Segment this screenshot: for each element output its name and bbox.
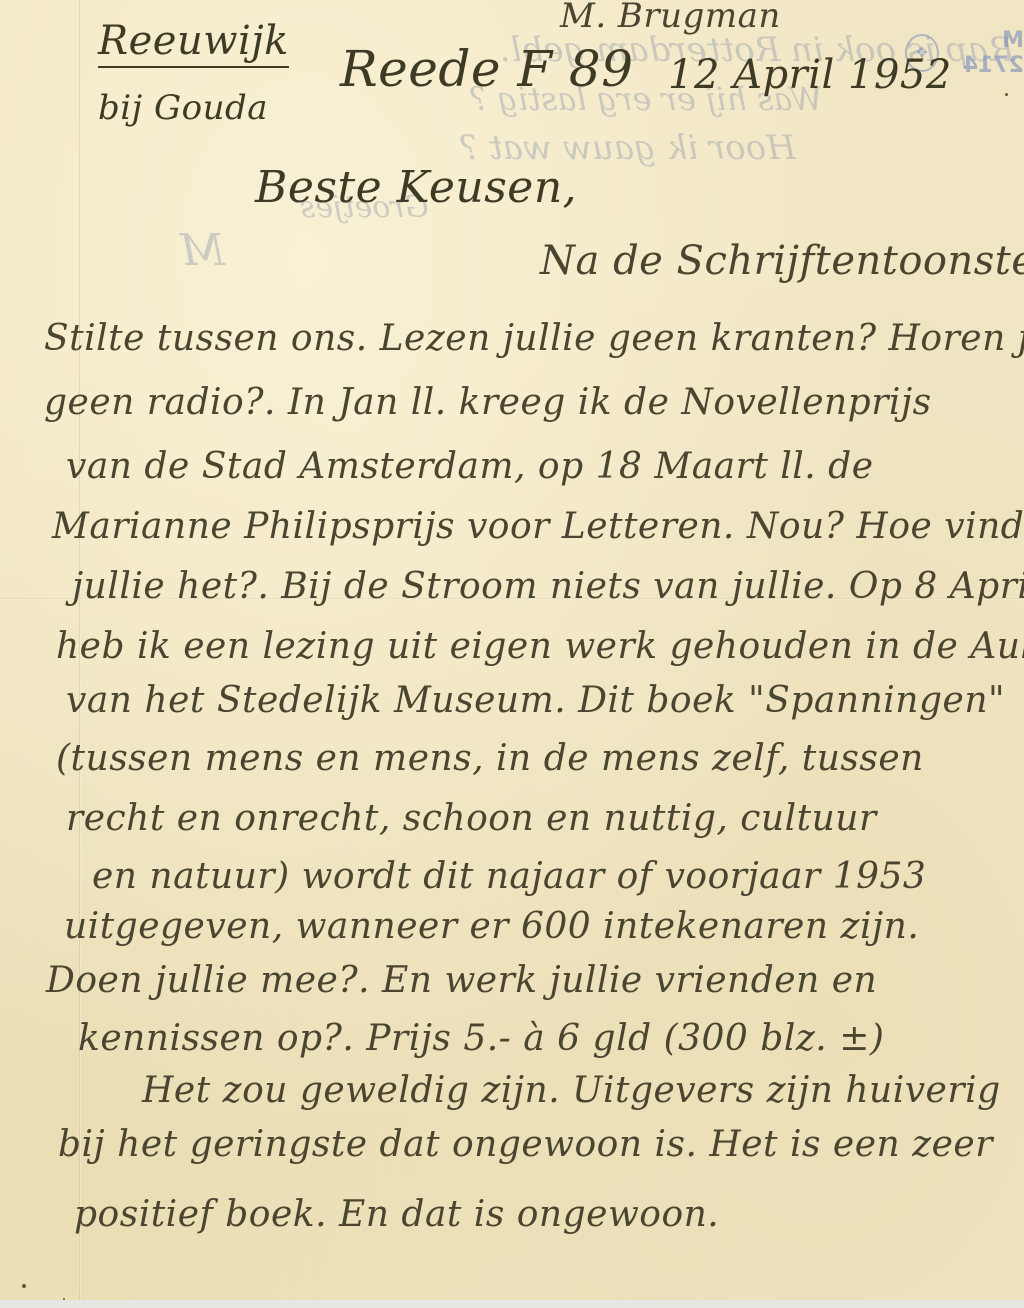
body-line: Stilte tussen ons. Lezen jullie geen kra…	[44, 318, 1024, 359]
body-line: en natuur) wordt dit najaar of voorjaar …	[92, 856, 926, 897]
body-line: van de Stad Amsterdam, op 18 Maart ll. d…	[66, 446, 874, 487]
body-line: Na de Schrijftentoonstelling	[540, 238, 1024, 284]
sender-name: M. Brugman	[560, 0, 781, 36]
body-line: Marianne Philipsprijs voor Letteren. Nou…	[52, 506, 1024, 547]
body-line: recht en onrecht, schoon en nuttig, cult…	[66, 798, 877, 839]
street-address: Reede F 89	[340, 40, 634, 98]
salutation: Beste Keusen,	[255, 162, 577, 213]
body-line: geen radio?. In Jan ll. kreeg ik de Nove…	[44, 382, 932, 423]
place-subtitle: bij Gouda	[98, 88, 268, 128]
body-line: uitgegeven, wanneer er 600 intekenaren z…	[64, 906, 919, 947]
bleed-through-line: M	[180, 225, 225, 276]
place-text: Reeuwijk	[98, 18, 289, 68]
paper-speck	[1005, 93, 1008, 96]
letter-page: Rap is ook in Rotterdam gebl. Was hij er…	[0, 0, 1024, 1300]
body-line: Doen jullie mee?. En werk jullie vriende…	[46, 960, 877, 1001]
body-line: (tussen mens en mens, in de mens zelf, t…	[56, 738, 924, 779]
body-line: Het zou geweldig zijn. Uitgevers zijn hu…	[142, 1070, 1001, 1111]
scan-bottom-edge	[0, 1300, 1024, 1308]
body-line: van het Stedelijk Museum. Dit boek "Span…	[66, 680, 1005, 721]
body-line: kennissen op?. Prijs 5.- à 6 gld (300 bl…	[78, 1018, 884, 1059]
place-name: Reeuwijk	[98, 18, 289, 64]
letter-date: 12 April 1952	[668, 52, 952, 98]
paper-speck	[22, 1284, 26, 1288]
body-line: positief boek. En dat is ongewoon.	[74, 1194, 719, 1235]
body-line: jullie het?. Bij de Stroom niets van jul…	[72, 566, 1024, 607]
stamp-number: M 2714	[945, 28, 1024, 78]
body-line: bij het geringste dat ongewoon is. Het i…	[58, 1124, 993, 1165]
body-line: heb ik een lezing uit eigen werk gehoude…	[56, 626, 1024, 667]
